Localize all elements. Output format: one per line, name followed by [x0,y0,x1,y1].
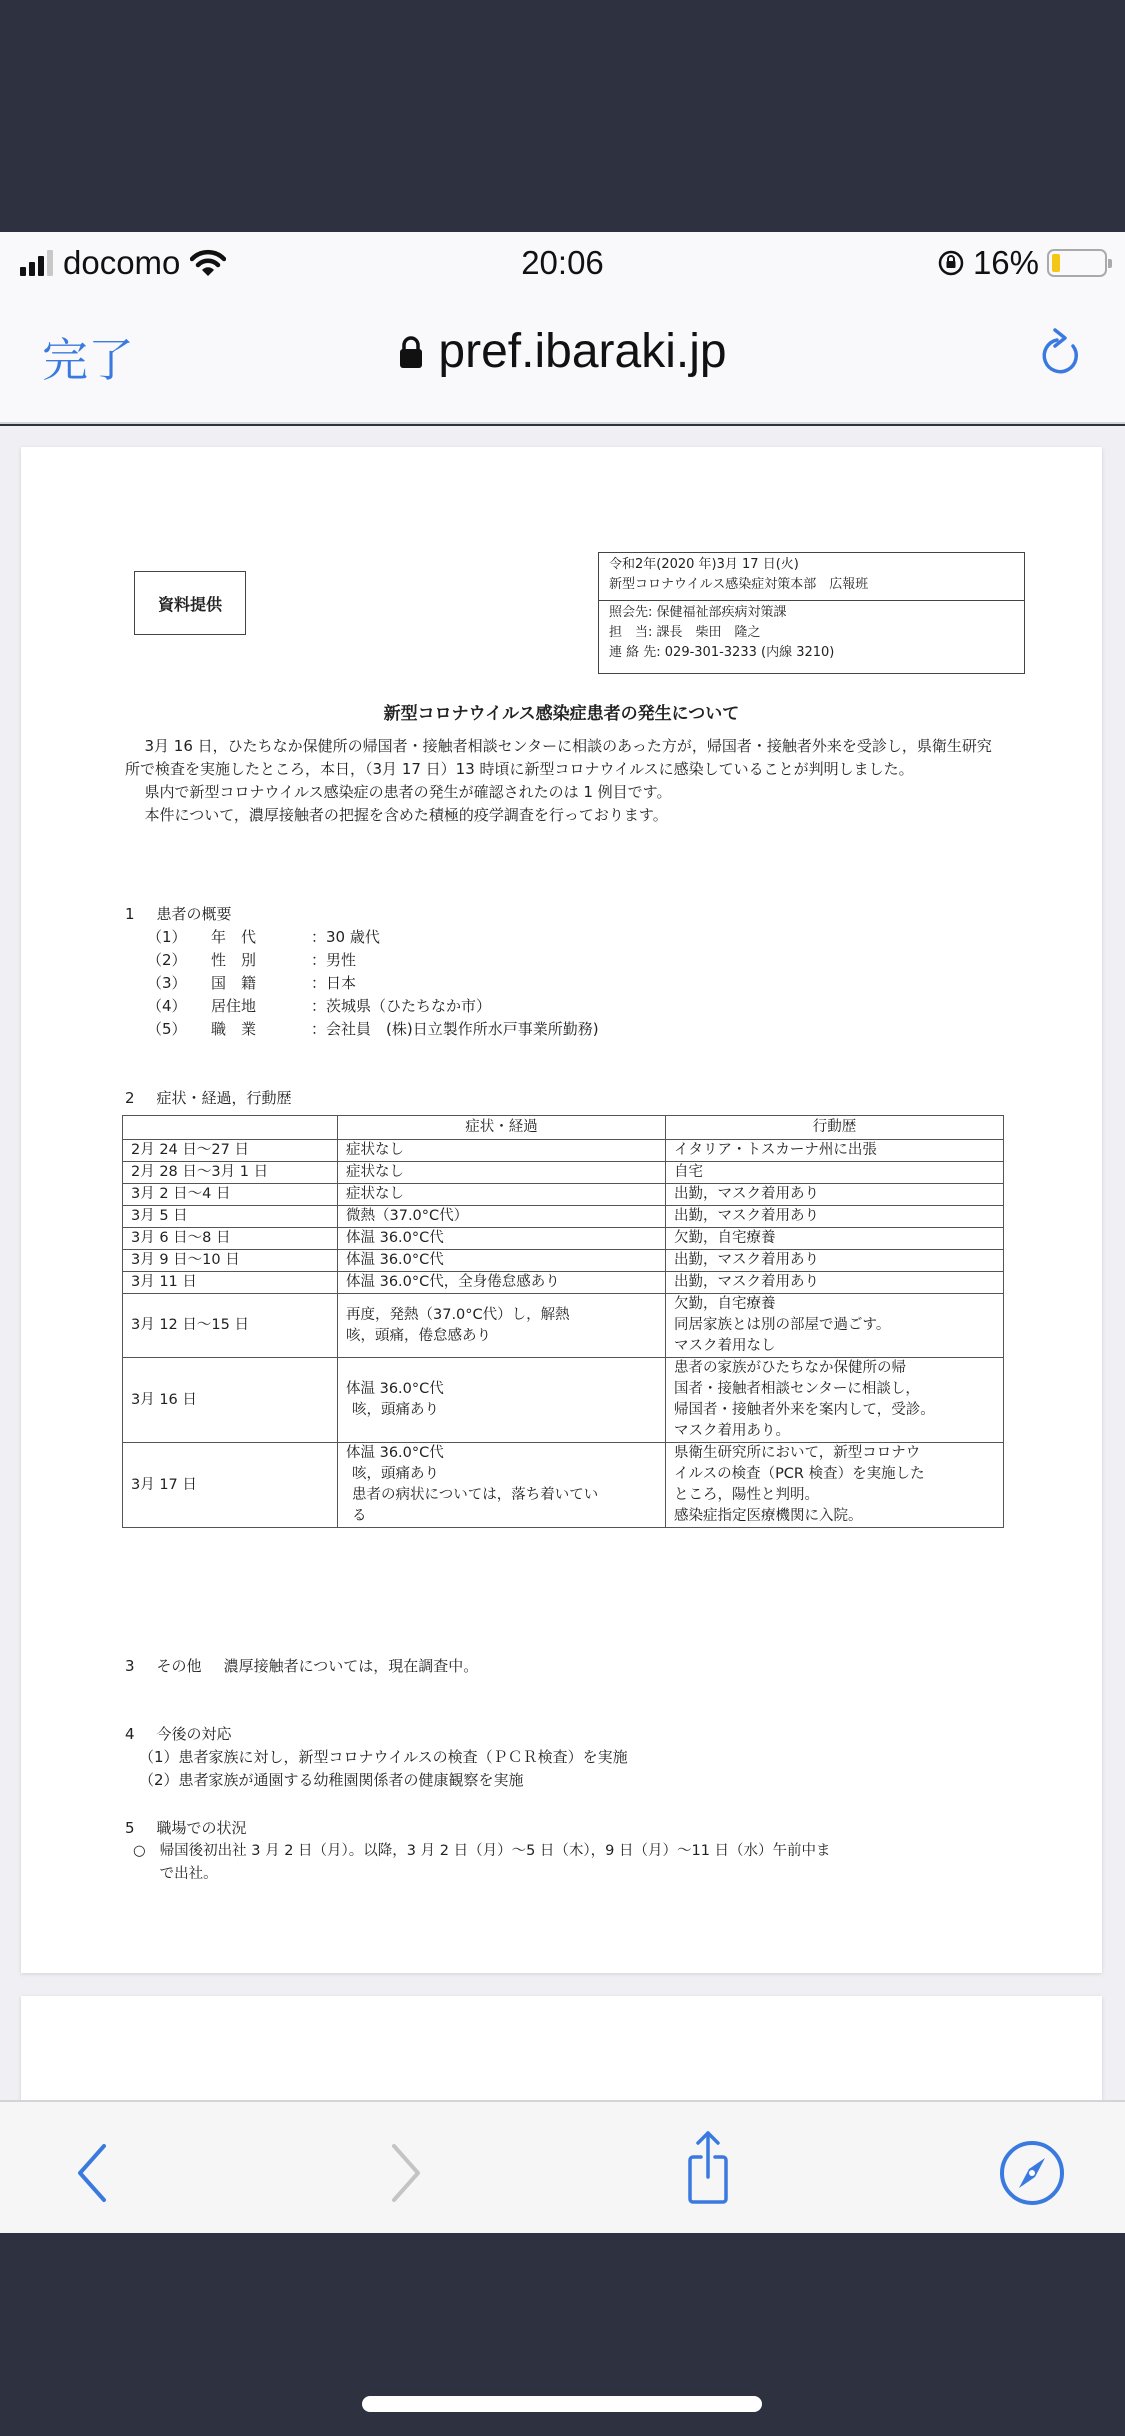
item-number: （1） [147,926,211,949]
row-date: 3月 11 日 [123,1272,338,1294]
lock-icon [398,335,424,369]
item-value: ：30 歳代 [311,926,380,949]
symptom-line: 体温 36.0°C代 [346,1443,657,1464]
row-actions: 県衛生研究所において，新型コロナウ イルスの検査（PCR 検査）を実施した とこ… [666,1443,1004,1528]
row-actions: 出勤，マスク着用あり [666,1250,1004,1272]
list-item: （2）患者家族が通園する幼稚園関係者の健康観察を実施 [139,1769,628,1792]
workplace-line: で出社。 [160,1863,831,1886]
section-number: 1 [125,903,135,926]
chevron-left-icon [72,2142,112,2204]
row-date: 3月 5 日 [123,1206,338,1228]
row-symptoms: 体温 36.0°C代 咳，頭痛あり [338,1358,666,1443]
section-2-heading: 2 症状・経過，行動歴 [125,1087,292,1110]
intro-line-1: 3月 16 日，ひたちなか保健所の帰国者・接触者相談センターに相談のあった方が，… [125,735,1005,781]
item-number: （4） [147,995,211,1018]
row-symptoms: 症状なし [338,1162,666,1184]
section-number: 5 [125,1817,135,1840]
row-symptoms: 症状なし [338,1140,666,1162]
response-list: （1）患者家族に対し，新型コロナウイルスの検査（ＰＣＲ検査）を実施 （2）患者家… [125,1746,628,1792]
forward-button[interactable] [376,2138,436,2208]
item-number: （2） [147,949,211,972]
document-title: 新型コロナウイルス感染症患者の発生について [21,699,1102,724]
symptom-line: 咳，頭痛あり [346,1400,657,1421]
action-line: 欠勤，自宅療養 [674,1294,995,1315]
row-actions: 欠勤，自宅療養 [666,1228,1004,1250]
list-item: （2） 性 別 ：男性 [147,949,599,972]
section-2: 2 症状・経過，行動歴 [125,1087,292,1110]
action-line: イルスの検査（PCR 検査）を実施した [674,1464,995,1485]
section-number: 3 [125,1655,135,1678]
section-4-heading: 4 今後の対応 [125,1723,628,1746]
section-3: 3 その他 濃厚接触者については，現在調査中。 [125,1655,478,1678]
section-1: 1 患者の概要 （1） 年 代 ：30 歳代 （2） 性 別 ：男性 [125,903,599,1041]
info-contact-dept: 照会先: 保健福祉部疾病対策課 [609,603,1014,623]
section-title: 職場での状況 [157,1817,247,1840]
workplace-status: ○ 帰国後初出社 3 月 2 日（月）。以降，3 月 2 日（月）～5 日（木）… [125,1840,1025,1886]
row-date: 3月 17 日 [123,1443,338,1528]
home-indicator[interactable] [362,2396,762,2412]
back-button[interactable] [62,2138,122,2208]
item-label: 年 代 [211,926,311,949]
chevron-right-icon [386,2142,426,2204]
pdf-page-1: 資料提供 令和2年(2020 年)3月 17 日(火) 新型コロナウイルス感染症… [21,447,1102,1973]
action-line: ところ，陽性と判明。 [674,1485,995,1506]
item-value: ：男性 [311,949,356,972]
section-title: その他 [157,1655,202,1678]
status-right: 16% [937,244,1107,282]
column-header-actions: 行動歴 [666,1116,1004,1140]
symptom-line: る [346,1506,657,1527]
column-header-date [123,1116,338,1140]
table-header-row: 症状・経過 行動歴 [123,1116,1004,1140]
section-text: 濃厚接触者については，現在調査中。 [224,1655,479,1678]
open-in-safari-button[interactable] [997,2138,1067,2208]
item-number: （5） [147,1018,211,1041]
browser-nav-bar: 完了 pref.ibaraki.jp [0,302,1125,424]
section-title: 患者の概要 [157,903,232,926]
table-row: 3月 2 日～4 日 症状なし 出勤，マスク着用あり [123,1184,1004,1206]
info-box-bottom: 照会先: 保健福祉部疾病対策課 担 当: 課長 柴田 隆之 連 絡 先: 029… [599,601,1024,665]
column-header-symptoms: 症状・経過 [338,1116,666,1140]
row-actions: 出勤，マスク着用あり [666,1206,1004,1228]
pdf-viewer[interactable]: 資料提供 令和2年(2020 年)3月 17 日(火) 新型コロナウイルス感染症… [0,426,1125,2100]
workplace-line: 帰国後初出社 3 月 2 日（月）。以降，3 月 2 日（月）～5 日（木），9… [160,1840,831,1863]
item-label: 国 籍 [211,972,311,995]
action-line: マスク着用あり。 [674,1421,995,1442]
list-item: （3） 国 籍 ：日本 [147,972,599,995]
item-label: 居住地 [211,995,311,1018]
action-line: 県衛生研究所において，新型コロナウ [674,1443,995,1464]
item-value: ：日本 [311,972,356,995]
table-row: 3月 5 日 微熱（37.0°C代） 出勤，マスク着用あり [123,1206,1004,1228]
row-date: 3月 6 日～8 日 [123,1228,338,1250]
list-item: （4） 居住地 ：茨城県（ひたちなか市） [147,995,599,1018]
info-date: 令和2年(2020 年)3月 17 日(火) [609,555,1014,575]
compass-icon [999,2140,1065,2206]
intro-paragraph: 3月 16 日，ひたちなか保健所の帰国者・接触者相談センターに相談のあった方が，… [125,735,1005,827]
status-bar: docomo 20:06 16% [0,232,1125,302]
section-3-heading: 3 その他 濃厚接触者については，現在調査中。 [125,1655,478,1678]
section-title: 今後の対応 [157,1723,232,1746]
item-label: 性 別 [211,949,311,972]
item-number: （3） [147,972,211,995]
pdf-page-2 [21,1996,1102,2100]
document: 資料提供 令和2年(2020 年)3月 17 日(火) 新型コロナウイルス感染症… [21,447,1102,1973]
intro-line-3: 本件について，濃厚接触者の把握を含めた積極的疫学調査を行っております。 [125,804,1005,827]
row-symptoms: 症状なし [338,1184,666,1206]
table-row: 3月 17 日 体温 36.0°C代 咳，頭痛あり 患者の病状については，落ち着… [123,1443,1004,1528]
list-item: （5） 職 業 ：会社員 (株)日立製作所水戸事業所勤務) [147,1018,599,1041]
item-label: 職 業 [211,1018,311,1041]
info-department: 新型コロナウイルス感染症対策本部 広報班 [609,575,1014,595]
row-symptoms: 体温 36.0°C代 咳，頭痛あり 患者の病状については，落ち着いてい る [338,1443,666,1528]
symptom-line: 再度，発熱（37.0°C代）し，解熱 [346,1305,657,1326]
row-date: 2月 24 日～27 日 [123,1140,338,1162]
row-symptoms: 体温 36.0°C代，全身倦怠感あり [338,1272,666,1294]
section-5-heading: 5 職場での状況 [125,1817,1025,1840]
symptom-line: 患者の病状については，落ち着いてい [346,1485,657,1506]
info-phone: 連 絡 先: 029-301-3233 (内線 3210) [609,643,1014,663]
table-row: 3月 9 日～10 日 体温 36.0°C代 出勤，マスク着用あり [123,1250,1004,1272]
section-number: 2 [125,1087,135,1110]
list-item: （1）患者家族に対し，新型コロナウイルスの検査（ＰＣＲ検査）を実施 [139,1746,628,1769]
top-frame [0,0,1125,232]
row-actions: 欠勤，自宅療養 同居家族とは別の部屋で過ごす。 マスク着用なし [666,1294,1004,1358]
workplace-text: 帰国後初出社 3 月 2 日（月）。以降，3 月 2 日（月）～5 日（木），9… [160,1840,831,1886]
section-1-heading: 1 患者の概要 [125,903,599,926]
table-row: 3月 12 日～15 日 再度，発熱（37.0°C代）し，解熱 咳，頭痛，倦怠感… [123,1294,1004,1358]
row-symptoms: 微熱（37.0°C代） [338,1206,666,1228]
row-actions: 出勤，マスク着用あり [666,1272,1004,1294]
row-date: 3月 12 日～15 日 [123,1294,338,1358]
history-table: 症状・経過 行動歴 2月 24 日～27 日 症状なし イタリア・トスカーナ州に… [122,1115,1004,1528]
address-bar[interactable]: pref.ibaraki.jp [0,324,1125,379]
battery-icon [1047,249,1107,277]
patient-overview-list: （1） 年 代 ：30 歳代 （2） 性 別 ：男性 （3） 国 籍 ：日本 [125,926,599,1041]
item-value: ：茨城県（ひたちなか市） [311,995,491,1018]
symptom-line: 咳，頭痛，倦怠感あり [346,1326,657,1347]
row-actions: 出勤，マスク着用あり [666,1184,1004,1206]
row-actions: 患者の家族がひたちなか保健所の帰 国者・接触者相談センターに相談し， 帰国者・接… [666,1358,1004,1443]
action-line: 国者・接触者相談センターに相談し， [674,1379,995,1400]
action-line: 帰国者・接触者外来を案内して，受診。 [674,1400,995,1421]
url-text: pref.ibaraki.jp [438,324,726,379]
table-row: 2月 24 日～27 日 症状なし イタリア・トスカーナ州に出張 [123,1140,1004,1162]
row-date: 2月 28 日～3月 1 日 [123,1162,338,1184]
action-line: 同居家族とは別の部屋で過ごす。 [674,1315,995,1336]
section-4: 4 今後の対応 （1）患者家族に対し，新型コロナウイルスの検査（ＰＣＲ検査）を実… [125,1723,628,1792]
row-symptoms: 再度，発熱（37.0°C代）し，解熱 咳，頭痛，倦怠感あり [338,1294,666,1358]
row-symptoms: 体温 36.0°C代 [338,1228,666,1250]
info-person: 担 当: 課長 柴田 隆之 [609,623,1014,643]
row-date: 3月 16 日 [123,1358,338,1443]
orientation-lock-icon [937,249,965,277]
action-line: マスク着用なし [674,1336,995,1357]
symptom-line: 体温 36.0°C代 [346,1379,657,1400]
bullet-icon: ○ [133,1840,146,1886]
list-item: （1） 年 代 ：30 歳代 [147,926,599,949]
intro-line-2: 県内で新型コロナウイルス感染症の患者の発生が確認されたのは 1 例目です。 [125,781,1005,804]
table-row: 2月 28 日～3月 1 日 症状なし 自宅 [123,1162,1004,1184]
battery-percent: 16% [973,244,1039,282]
table-row: 3月 11 日 体温 36.0°C代，全身倦怠感あり 出勤，マスク着用あり [123,1272,1004,1294]
action-line: 感染症指定医療機関に入院。 [674,1506,995,1527]
share-button[interactable] [678,2132,738,2202]
browser-toolbar [0,2100,1125,2233]
document-label-box: 資料提供 [134,571,246,635]
row-actions: 自宅 [666,1162,1004,1184]
row-date: 3月 2 日～4 日 [123,1184,338,1206]
share-icon [688,2129,728,2205]
item-value: ：会社員 (株)日立製作所水戸事業所勤務) [311,1018,599,1041]
row-symptoms: 体温 36.0°C代 [338,1250,666,1272]
action-line: 患者の家族がひたちなか保健所の帰 [674,1358,995,1379]
row-date: 3月 9 日～10 日 [123,1250,338,1272]
info-box: 令和2年(2020 年)3月 17 日(火) 新型コロナウイルス感染症対策本部 … [598,552,1025,674]
table-row: 3月 16 日 体温 36.0°C代 咳，頭痛あり 患者の家族がひたちなか保健所… [123,1358,1004,1443]
info-box-top: 令和2年(2020 年)3月 17 日(火) 新型コロナウイルス感染症対策本部 … [599,553,1024,601]
row-actions: イタリア・トスカーナ州に出張 [666,1140,1004,1162]
symptom-line: 咳，頭痛あり [346,1464,657,1485]
section-number: 4 [125,1723,135,1746]
reload-icon[interactable] [1031,324,1091,384]
section-title: 症状・経過，行動歴 [157,1087,292,1110]
table-row: 3月 6 日～8 日 体温 36.0°C代 欠勤，自宅療養 [123,1228,1004,1250]
section-5: 5 職場での状況 ○ 帰国後初出社 3 月 2 日（月）。以降，3 月 2 日（… [125,1817,1025,1886]
